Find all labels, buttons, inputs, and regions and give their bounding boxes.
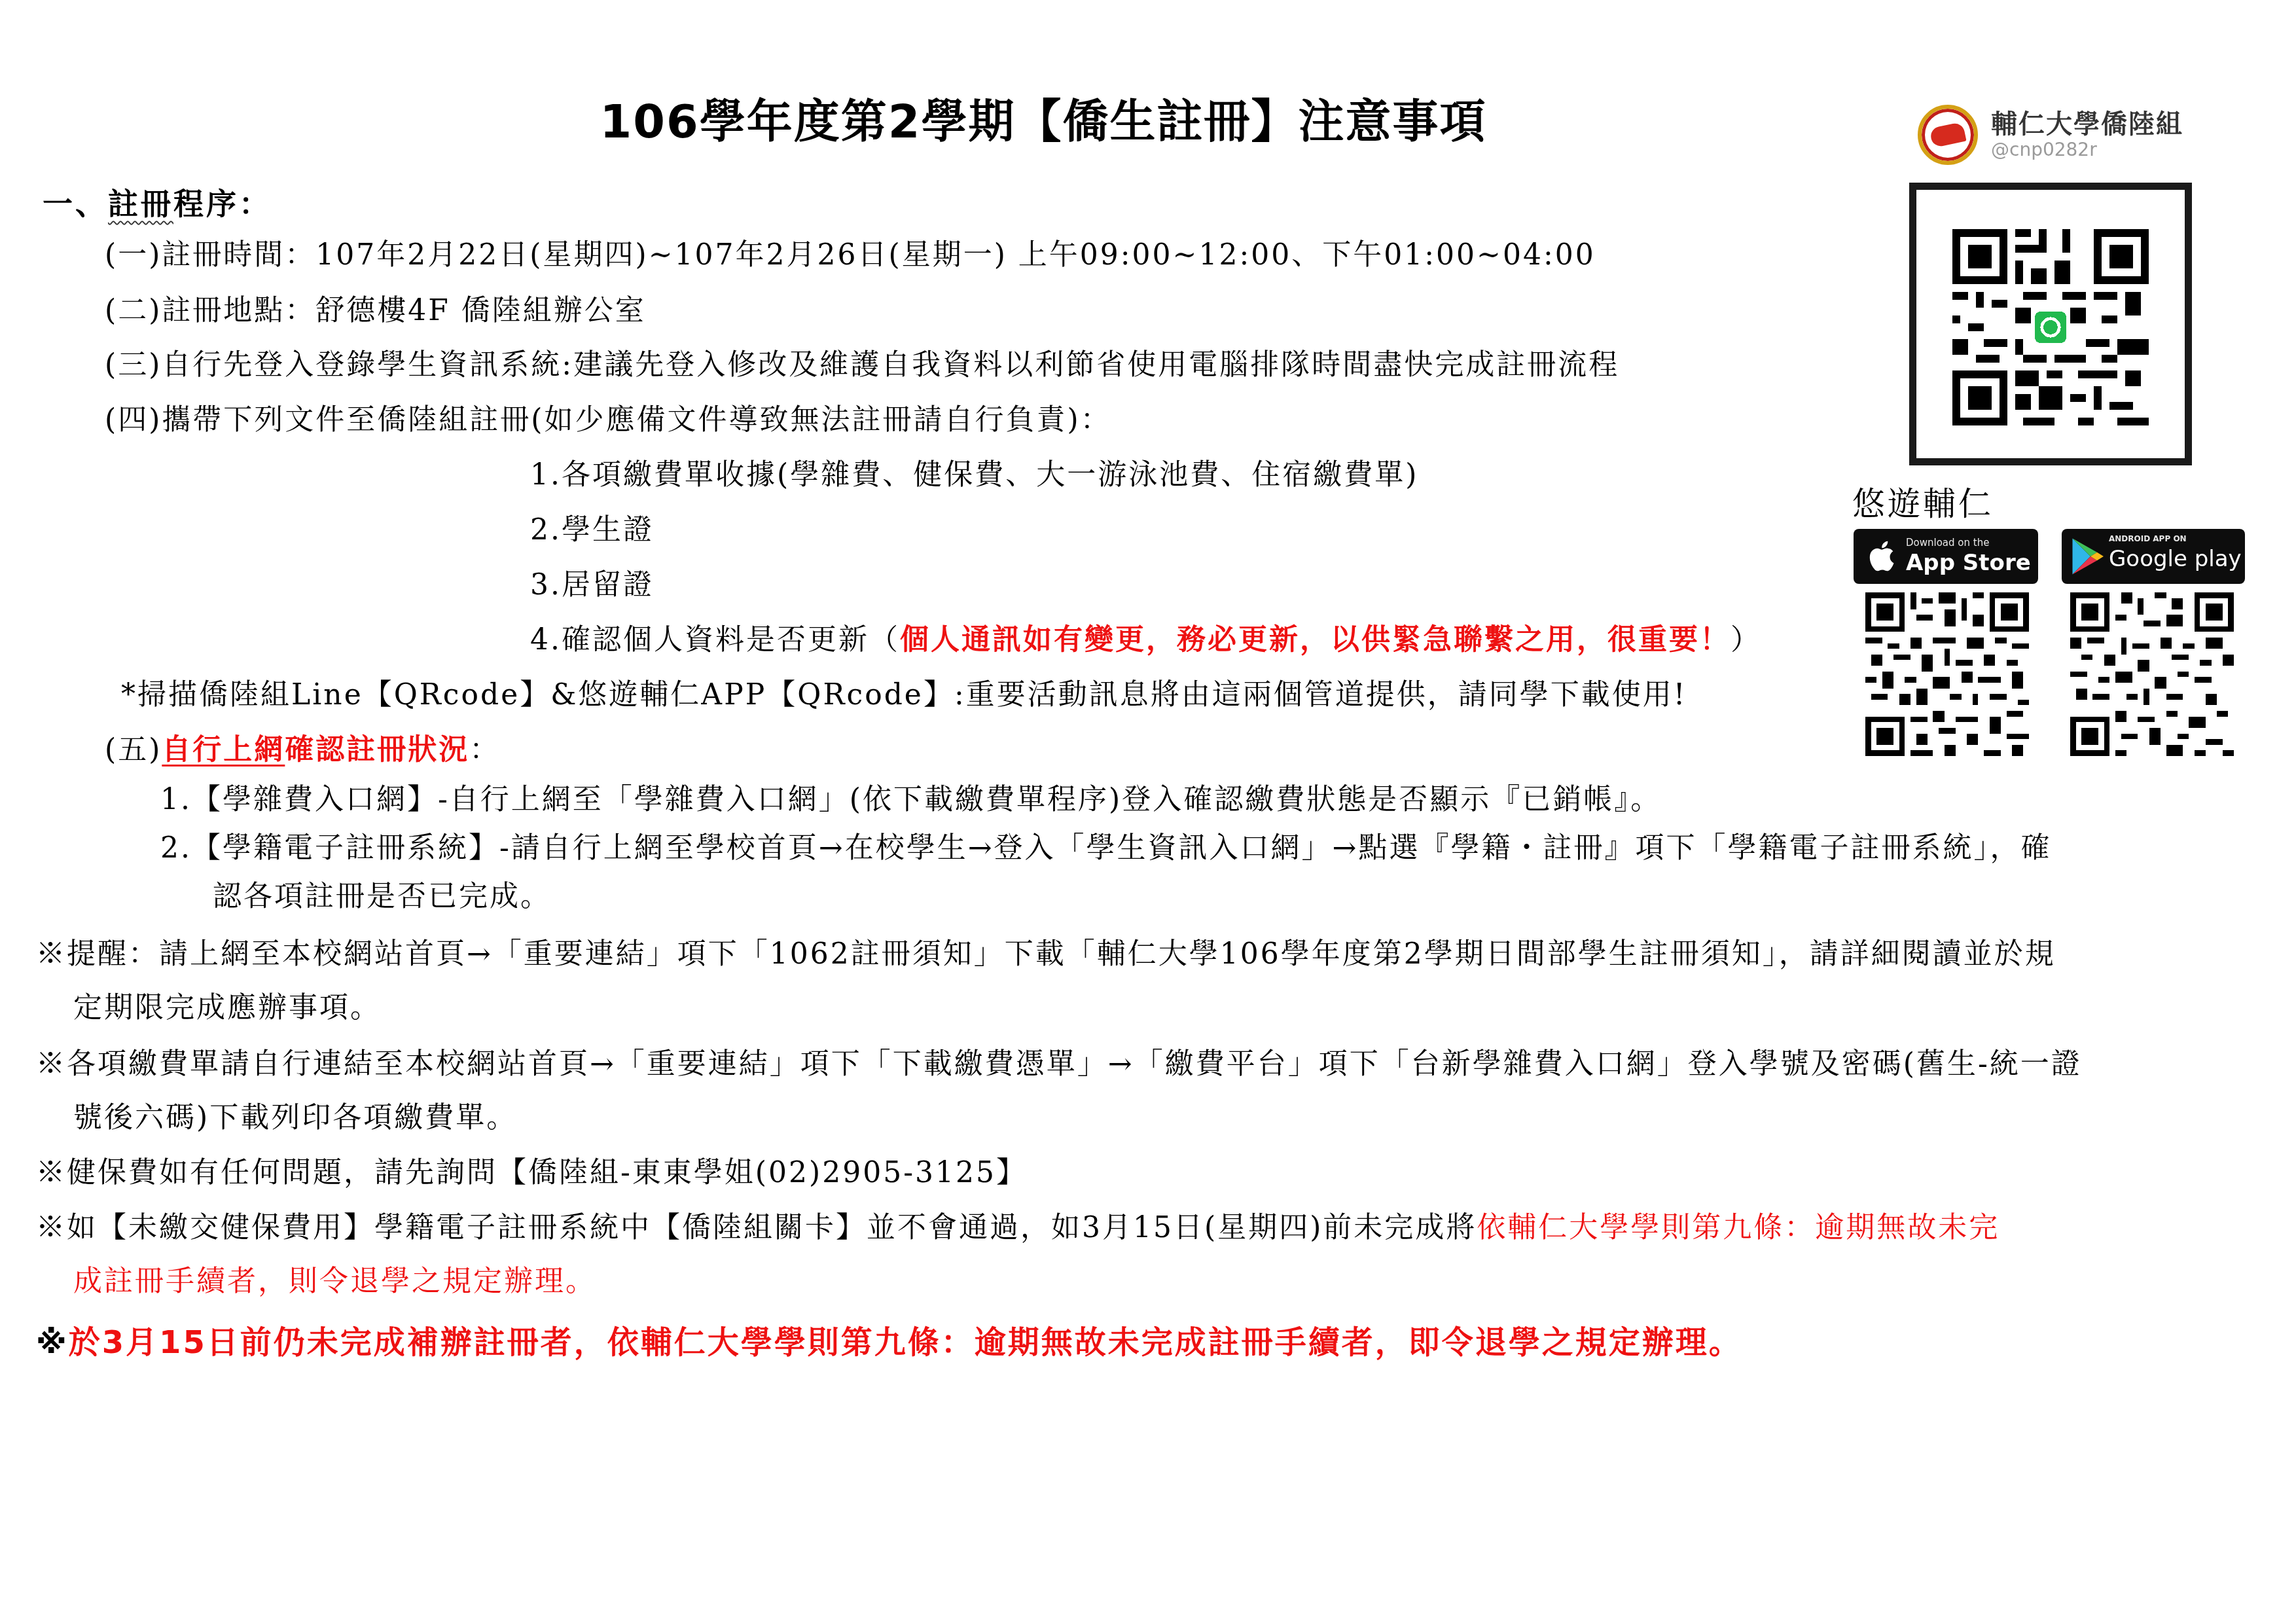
google-play-qrcode[interactable] bbox=[2070, 592, 2234, 756]
section-heading-rest: 程序： bbox=[173, 186, 272, 221]
item-bring-documents: (四)攜帶下列文件至僑陸組註冊(如少應備文件導致無法註冊請自行負責)： bbox=[105, 401, 1111, 440]
note-payment-slips-cont: 號後六碼)下載列印各項繳費單。 bbox=[73, 1098, 517, 1138]
note-unpaid-insurance: ※如【未繳交健保費用】學籍電子註冊系統中【僑陸組關卡】並不會通過，如3月15日(… bbox=[36, 1208, 2000, 1248]
item-check-online-underlined: 自行上網 bbox=[162, 733, 285, 767]
note-unpaid-insurance-rule: 依輔仁大學學則第九條：逾期無故未完 bbox=[1477, 1211, 2000, 1244]
final-warning-text: 於3月15日前仍未完成補辦註冊者，依輔仁大學學則第九條：逾期無故未完成註冊手續者… bbox=[69, 1324, 1742, 1361]
doc-confirm-close: ） bbox=[1731, 623, 1761, 657]
doc-confirm-personal-data: 4.確認個人資料是否更新（個人通訊如有變更，務必更新，以供緊急聯繫之用，很重要！… bbox=[530, 621, 1761, 660]
item-check-colon: ： bbox=[469, 733, 500, 767]
note-unpaid-insurance-text: ※如【未繳交健保費用】學籍電子註冊系統中【僑陸組關卡】並不會通過，如3月15日(… bbox=[36, 1211, 1477, 1244]
apple-icon bbox=[1867, 538, 1895, 573]
note-reminder: ※提醒：請上網至本校網站首頁→「重要連結」項下「1062註冊須知」下載「輔仁大學… bbox=[36, 935, 2056, 974]
check-e-registration-cont: 認各項註冊是否已完成。 bbox=[213, 877, 551, 916]
final-warning: ※於3月15日前仍未完成補辦註冊者，依輔仁大學學則第九條：逾期無故未完成註冊手續… bbox=[36, 1317, 1742, 1362]
item-student-info-system: (三)自行先登入登錄學生資訊系統:建議先登入修改及維護自我資料以利節省使用電腦排… bbox=[105, 346, 1619, 385]
app-store-qrcode[interactable] bbox=[1865, 592, 2029, 756]
section-heading: 一、註冊程序： bbox=[43, 180, 272, 223]
note-reminder-cont: 定期限完成應辦事項。 bbox=[73, 988, 381, 1028]
app-store-small-text: Download on the bbox=[1906, 537, 1989, 549]
item-check-number: (五) bbox=[105, 733, 162, 767]
check-tuition-portal: 1.【學雜費入口網】-自行上網至「學雜費入口網」(依下載繳費單程序)登入確認繳費… bbox=[160, 780, 1661, 820]
qrcode-icon bbox=[1952, 229, 2149, 425]
check-e-registration: 2.【學籍電子註冊系統】-請自行上網至學校首頁→在校學生→登入「學生資訊入口網」… bbox=[160, 829, 2051, 868]
google-play-icon bbox=[2071, 537, 2104, 576]
item-registration-time: (一)註冊時間：107年2月22日(星期四)~107年2月26日(星期一) 上午… bbox=[105, 236, 1596, 275]
note-unpaid-insurance-rule-cont: 成註冊手續者，則令退學之規定辦理。 bbox=[73, 1262, 596, 1301]
section-number: 一、 bbox=[43, 186, 108, 221]
line-account-name: 輔仁大學僑陸組 bbox=[1991, 103, 2183, 141]
item-check-status-red: 確認註冊狀況 bbox=[285, 733, 469, 767]
app-store-badge[interactable]: Download on the App Store bbox=[1854, 529, 2038, 584]
reference-mark: ※ bbox=[36, 1324, 69, 1361]
doc-student-id: 2.學生證 bbox=[530, 511, 654, 550]
line-account-card: 輔仁大學僑陸組 @cnp0282r bbox=[1918, 98, 2193, 170]
item-registration-location: (二)註冊地點：舒德樓4F 僑陸組辦公室 bbox=[105, 291, 646, 331]
doc-fee-receipts: 1.各項繳費單收據(學雜費、健保費、大一游泳池費、住宿繳費單) bbox=[530, 456, 1418, 495]
university-logo-icon bbox=[1918, 105, 1978, 165]
doc-confirm-text: 4.確認個人資料是否更新（ bbox=[530, 623, 900, 657]
page-title: 106學年度第2學期【僑生註冊】注意事項 bbox=[0, 85, 2191, 151]
line-account-id: @cnp0282r bbox=[1991, 139, 2097, 160]
doc-residence-permit: 3.居留證 bbox=[530, 566, 654, 605]
scan-qrcode-note: *掃描僑陸組Line【QRcode】&悠遊輔仁APP【QRcode】:重要活動訊… bbox=[121, 676, 1687, 715]
item-check-status: (五)自行上網確認註冊狀況： bbox=[105, 731, 500, 770]
note-payment-slips: ※各項繳費單請自行連結至本校網站首頁→「重要連結」項下「下載繳費憑單」→「繳費平… bbox=[36, 1045, 2082, 1084]
doc-important-warning: 個人通訊如有變更，務必更新，以供緊急聯繫之用，很重要！ bbox=[900, 623, 1731, 657]
section-heading-underlined: 註冊 bbox=[108, 186, 173, 221]
app-store-big-text: App Store bbox=[1906, 550, 2031, 576]
app-title: 悠遊輔仁 bbox=[1852, 478, 1994, 525]
google-play-big-text: Google play bbox=[2109, 546, 2242, 572]
google-play-badge[interactable]: ANDROID APP ON Google play bbox=[2062, 529, 2245, 584]
note-health-insurance-contact: ※健保費如有任何問題，請先詢問【僑陸組-東東學姐(02)2905-3125】 bbox=[36, 1153, 1027, 1193]
google-play-small-text: ANDROID APP ON bbox=[2109, 534, 2187, 543]
line-qrcode[interactable] bbox=[1909, 183, 2192, 465]
